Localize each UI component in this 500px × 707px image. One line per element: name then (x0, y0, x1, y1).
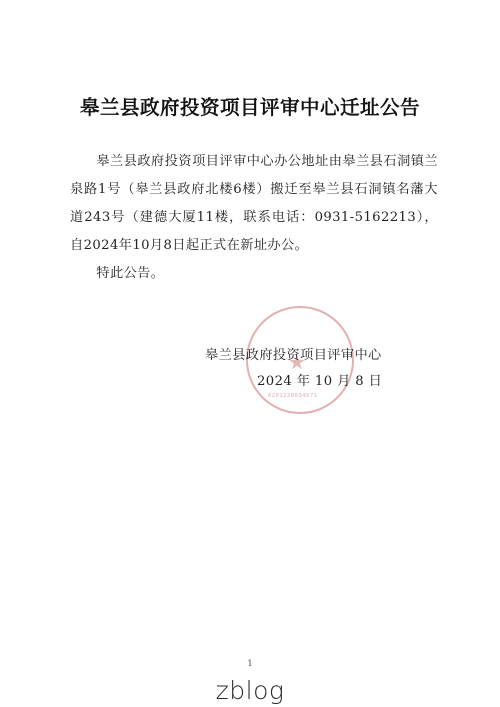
signature-date: 2024 年 10 月 8 日 (205, 369, 405, 395)
signature-block: 皋兰县政府投资项目评审中心 2024 年 10 月 8 日 (205, 343, 405, 395)
closing-line: 特此公告。 (70, 260, 438, 288)
watermark-text: zblog (0, 676, 500, 705)
announcement-paragraph: 皋兰县政府投资项目评审中心办公地址由皋兰县石洞镇兰泉路1号（皋兰县政府北楼6楼）… (70, 148, 438, 260)
page-number: 1 (0, 659, 500, 668)
signature-organization: 皋兰县政府投资项目评审中心 (205, 343, 405, 369)
document-body: 皋兰县政府投资项目评审中心办公地址由皋兰县石洞镇兰泉路1号（皋兰县政府北楼6楼）… (70, 148, 438, 288)
document-title: 皋兰县政府投资项目评审中心迁址公告 (0, 92, 500, 120)
